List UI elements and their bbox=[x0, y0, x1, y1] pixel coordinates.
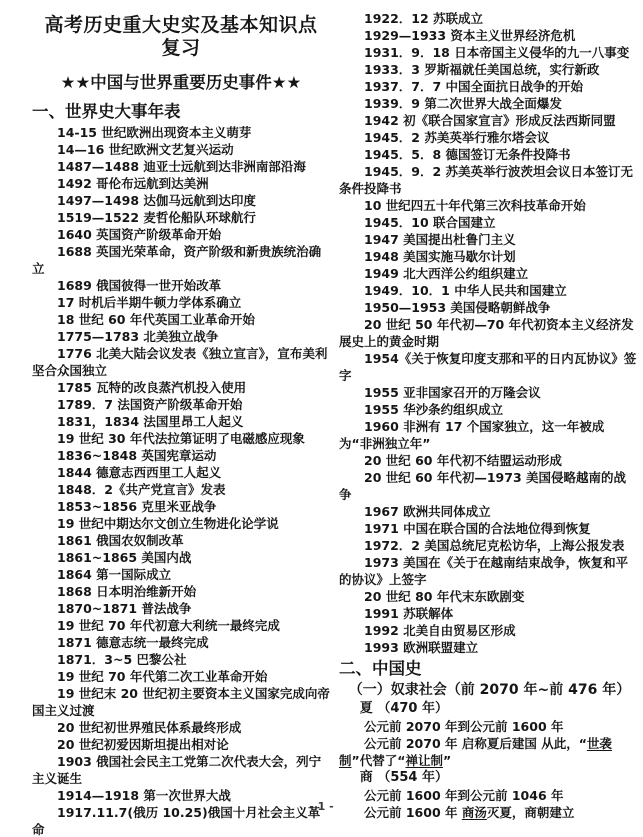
right-column-entries: 1922．12 苏联成立1929—1933 资本主义世界经济危机1931．9．1… bbox=[339, 10, 637, 821]
left-column: 高考历史重大史实及基本知识点 复习 ★★中国与世界重要历史事件★★ 一、世界史大… bbox=[32, 10, 330, 837]
timeline-entry: 1789．7 法国资产阶级革命开始 bbox=[32, 396, 330, 413]
timeline-entry: 17 时机后半期牛顿力学体系确立 bbox=[32, 294, 330, 311]
timeline-entry: 1492 哥伦布远航到达美洲 bbox=[32, 175, 330, 192]
timeline-entry: 1973 美国在《关于在越南结束战争，恢复和平的协议》上签字 bbox=[339, 554, 637, 588]
entry-text: 灭夏，商朝建立 bbox=[487, 805, 575, 820]
document-page: 高考历史重大史实及基本知识点 复习 ★★中国与世界重要历史事件★★ 一、世界史大… bbox=[0, 0, 643, 837]
underlined-term: 禅让制 bbox=[405, 753, 443, 768]
timeline-entry: 1955 华沙条约组织成立 bbox=[339, 401, 637, 418]
timeline-entry: 1487—1488 迪亚士远航到达非洲南部沿海 bbox=[32, 158, 330, 175]
timeline-entry: 19 世纪末 20 世纪初主要资本主义国家完成向帝国主义过渡 bbox=[32, 685, 330, 719]
timeline-entry: 1688 英国光荣革命，资产阶级和新贵族统治确立 bbox=[32, 243, 330, 277]
two-column-layout: 高考历史重大史实及基本知识点 复习 ★★中国与世界重要历史事件★★ 一、世界史大… bbox=[0, 0, 643, 837]
section-heading: 二、中国史 bbox=[339, 657, 637, 680]
timeline-entry: 1848．2《共产党宣言》发表 bbox=[32, 481, 330, 498]
underlined-term: 商汤 bbox=[462, 805, 487, 820]
timeline-entry: 公元前 2070 年 启称夏后建国 从此，“世袭制”代替了“禅让制” bbox=[339, 735, 637, 769]
timeline-entry: 1933．3 罗斯福就任美国总统，实行新政 bbox=[339, 61, 637, 78]
timeline-entry: 1775—1783 北美独立战争 bbox=[32, 328, 330, 345]
timeline-entry: 20 世纪 60 年代初不结盟运动形成 bbox=[339, 452, 637, 469]
timeline-entry: 1776 北美大陆会议发表《独立宣言》，宣布美利坚合众国独立 bbox=[32, 345, 330, 379]
timeline-entry: 1870~1871 普法战争 bbox=[32, 600, 330, 617]
timeline-entry: 19 世纪 30 年代法拉第证明了电磁感应现象 bbox=[32, 430, 330, 447]
timeline-entry: 1950—1953 美国侵略朝鲜战争 bbox=[339, 299, 637, 316]
timeline-entry: 公元前 1600 年 商汤灭夏，商朝建立 bbox=[339, 804, 637, 821]
timeline-entry: 1955 亚非国家召开的万隆会议 bbox=[339, 384, 637, 401]
timeline-entry: 19 世纪中期达尔文创立生物进化论学说 bbox=[32, 515, 330, 532]
timeline-entry: 1937．7．7 中国全面抗日战争的开始 bbox=[339, 78, 637, 95]
section-heading: 商 （554 年） bbox=[339, 769, 637, 787]
timeline-entry: 19 世纪 70 年代第二次工业革命开始 bbox=[32, 668, 330, 685]
document-title-line2: 复习 bbox=[32, 37, 330, 60]
timeline-entry: 10 世纪四五十年代第三次科技革命开始 bbox=[339, 197, 637, 214]
timeline-entry: 1993 欧洲联盟建立 bbox=[339, 639, 637, 656]
timeline-entry: 1945．9．2 苏美英举行波茨坦会议日本签订无条件投降书 bbox=[339, 163, 637, 197]
timeline-entry: 1689 俄国彼得一世开始改革 bbox=[32, 277, 330, 294]
timeline-entry: 20 世纪 50 年代初—70 年代初资本主义经济发展史上的黄金时期 bbox=[339, 316, 637, 350]
timeline-entry: 1991 苏联解体 bbox=[339, 605, 637, 622]
page-number: - 1 - bbox=[309, 800, 333, 813]
timeline-entry: 1497—1498 达伽马远航到达印度 bbox=[32, 192, 330, 209]
timeline-entry: 1949 北大西洋公约组织建立 bbox=[339, 265, 637, 282]
entry-text: ”代替了“ bbox=[352, 753, 406, 768]
timeline-entry: 1948 美国实施马歇尔计划 bbox=[339, 248, 637, 265]
timeline-entry: 1861 俄国农奴制改革 bbox=[32, 532, 330, 549]
timeline-entry: 1942 初《联合国家宣言》形成反法西斯同盟 bbox=[339, 112, 637, 129]
timeline-entry: 1945．5．8 德国签订无条件投降书 bbox=[339, 146, 637, 163]
timeline-entry: 1871．3~5 巴黎公社 bbox=[32, 651, 330, 668]
timeline-entry: 1931．9．18 日本帝国主义侵华的九一八事变 bbox=[339, 44, 637, 61]
timeline-entry: 1929—1933 资本主义世界经济危机 bbox=[339, 27, 637, 44]
timeline-entry: 1836~1848 英国宪章运动 bbox=[32, 447, 330, 464]
timeline-entry: 1945．10 联合国建立 bbox=[339, 214, 637, 231]
timeline-entry: 20 世纪 80 年代末东欧剧变 bbox=[339, 588, 637, 605]
timeline-entry: 1954《关于恢复印度支那和平的日内瓦协议》签字 bbox=[339, 350, 637, 384]
timeline-entry: 1949．10．1 中华人民共和国建立 bbox=[339, 282, 637, 299]
timeline-entry: 1861~1865 美国内战 bbox=[32, 549, 330, 566]
entry-text: ” bbox=[443, 753, 451, 768]
timeline-entry: 1519—1522 麦哲伦船队环球航行 bbox=[32, 209, 330, 226]
timeline-entry: 1868 日本明治维新开始 bbox=[32, 583, 330, 600]
world-timeline-left-entries: 14-15 世纪欧洲出现资本主义萌芽14—16 世纪欧洲文艺复兴运动1487—1… bbox=[32, 124, 330, 837]
timeline-entry: 1960 非洲有 17 个国家独立，这一年被成为“非洲独立年” bbox=[339, 418, 637, 452]
timeline-entry: 公元前 1600 年到公元前 1046 年 bbox=[339, 787, 637, 804]
timeline-entry: 1947 美国提出杜鲁门主义 bbox=[339, 231, 637, 248]
timeline-entry: 19 世纪 70 年代初意大利统一最终完成 bbox=[32, 617, 330, 634]
timeline-entry: 1785 瓦特的改良蒸汽机投入使用 bbox=[32, 379, 330, 396]
timeline-entry: 1967 欧洲共同体成立 bbox=[339, 503, 637, 520]
timeline-entry: 20 世纪初爱因斯坦提出相对论 bbox=[32, 736, 330, 753]
document-subtitle: ★★中国与世界重要历史事件★★ bbox=[32, 72, 330, 94]
timeline-entry: 1972．2 美国总统尼克松访华，上海公报发表 bbox=[339, 537, 637, 554]
timeline-entry: 1992 北美自由贸易区形成 bbox=[339, 622, 637, 639]
timeline-entry: 公元前 2070 年到公元前 1600 年 bbox=[339, 718, 637, 735]
timeline-entry: 1922．12 苏联成立 bbox=[339, 10, 637, 27]
timeline-entry: 14—16 世纪欧洲文艺复兴运动 bbox=[32, 141, 330, 158]
timeline-entry: 1853~1856 克里米亚战争 bbox=[32, 498, 330, 515]
timeline-entry: 14-15 世纪欧洲出现资本主义萌芽 bbox=[32, 124, 330, 141]
section-heading-world-history: 一、世界史大事年表 bbox=[32, 100, 330, 123]
section-heading: （一）奴隶社会（前 2070 年~前 476 年） bbox=[339, 681, 637, 700]
timeline-entry: 1640 英国资产阶级革命开始 bbox=[32, 226, 330, 243]
entry-text: 公元前 1600 年 bbox=[364, 805, 462, 820]
entry-text: 公元前 2070 年 启称夏后建国 从此，“ bbox=[364, 736, 587, 751]
timeline-entry: 1864 第一国际成立 bbox=[32, 566, 330, 583]
timeline-entry: 20 世纪初世界殖民体系最终形成 bbox=[32, 719, 330, 736]
timeline-entry: 18 世纪 60 年代英国工业革命开始 bbox=[32, 311, 330, 328]
timeline-entry: 1971 中国在联合国的合法地位得到恢复 bbox=[339, 520, 637, 537]
right-column: 1922．12 苏联成立1929—1933 资本主义世界经济危机1931．9．1… bbox=[339, 10, 637, 837]
timeline-entry: 1831，1834 法国里昂工人起义 bbox=[32, 413, 330, 430]
timeline-entry: 1871 德意志统一最终完成 bbox=[32, 634, 330, 651]
timeline-entry: 1903 俄国社会民主工党第二次代表大会，列宁主义诞生 bbox=[32, 753, 330, 787]
timeline-entry: 1844 德意志西西里工人起义 bbox=[32, 464, 330, 481]
timeline-entry: 1917.11.7(俄历 10.25)俄国十月社会主义革命 bbox=[32, 804, 330, 837]
document-title-line1: 高考历史重大史实及基本知识点 bbox=[32, 14, 330, 37]
section-heading: 夏 （470 年） bbox=[339, 700, 637, 718]
timeline-entry: 20 世纪 60 年代初—1973 美国侵略越南的战争 bbox=[339, 469, 637, 503]
timeline-entry: 1914—1918 第一次世界大战 bbox=[32, 787, 330, 804]
timeline-entry: 1939．9 第二次世界大战全面爆发 bbox=[339, 95, 637, 112]
timeline-entry: 1945．2 苏美英举行雅尔塔会议 bbox=[339, 129, 637, 146]
document-title: 高考历史重大史实及基本知识点 复习 bbox=[32, 14, 330, 60]
